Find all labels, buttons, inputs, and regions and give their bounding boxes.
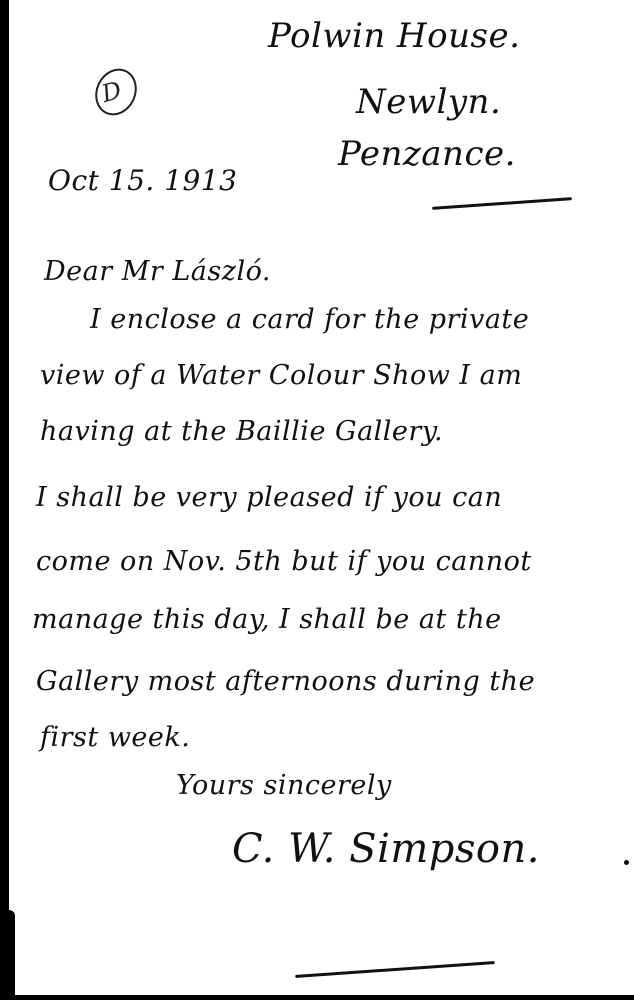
letter-date: Oct 15. 1913 [48,164,237,197]
scan-edge-bottom [0,995,634,1000]
body-line-2: view of a Water Colour Show I am [40,360,522,391]
body-line-7: Gallery most afternoons during the [36,666,535,697]
salutation: Dear Mr László. [44,256,271,287]
scan-edge-left [0,0,9,1000]
body-line-4: I shall be very pleased if you can [36,482,502,513]
address-line-2: Newlyn. [356,82,501,122]
body-line-8: first week. [40,722,190,753]
body-line-5: come on Nov. 5th but if you cannot [36,546,532,577]
address-line-1: Polwin House. [268,16,520,56]
signature: C. W. Simpson. [232,826,540,872]
body-line-6: manage this day, I shall be at the [32,604,502,635]
address-underline [432,197,572,210]
ink-dot [624,860,629,865]
scan-edge-left-shadow [0,910,15,1000]
letter-page: D Polwin House. Newlyn. Penzance. Oct 15… [0,0,634,1000]
signature-underline [295,961,495,978]
body-line-1: I enclose a card for the private [90,304,529,335]
body-line-3: having at the Baillie Gallery. [40,416,443,447]
closing: Yours sincerely [176,770,392,801]
address-line-3: Penzance. [338,134,516,174]
